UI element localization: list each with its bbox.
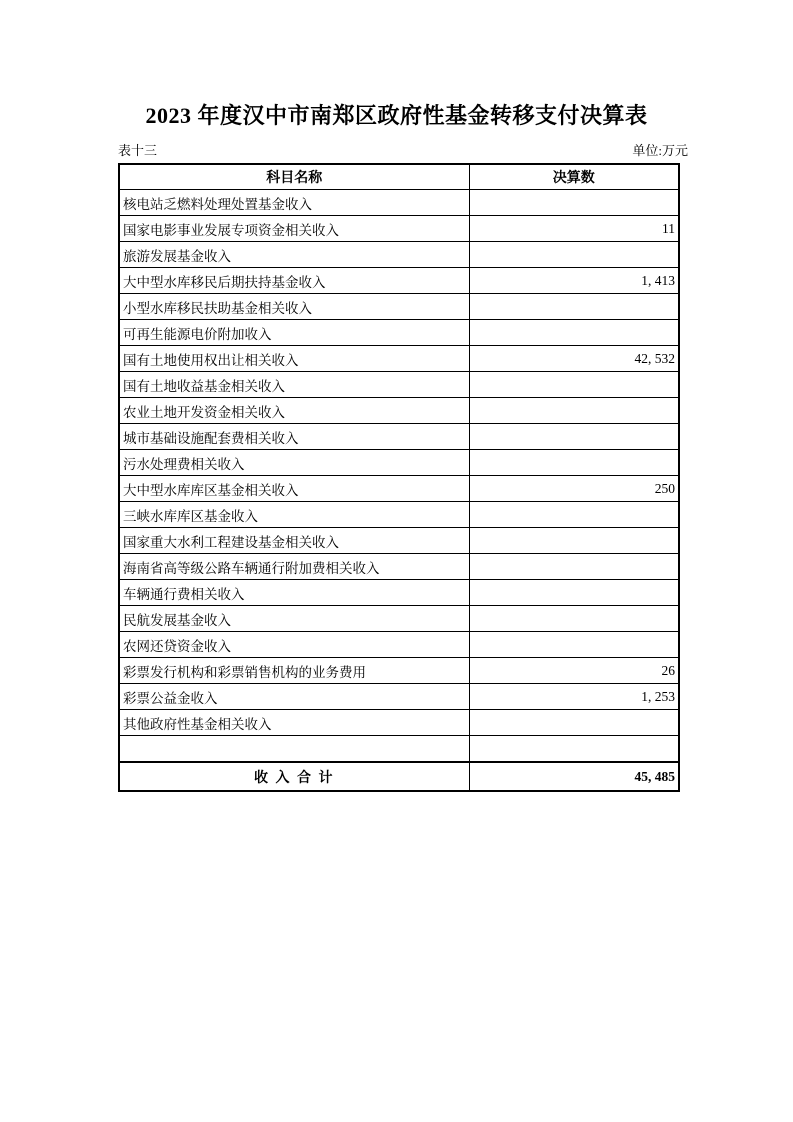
table-row [119,736,679,763]
amount-cell [469,554,679,580]
amount-cell [469,632,679,658]
amount-cell [469,294,679,320]
subject-name-cell: 核电站乏燃料处理处置基金收入 [119,190,469,216]
subject-name-cell: 国家电影事业发展专项资金相关收入 [119,216,469,242]
table-meta-row: 表十三 单位:万元 [118,142,688,160]
amount-cell [469,450,679,476]
amount-cell [469,190,679,216]
subject-name-cell: 民航发展基金收入 [119,606,469,632]
amount-cell [469,736,679,763]
amount-cell [469,502,679,528]
amount-cell [469,580,679,606]
amount-cell [469,710,679,736]
subject-name-cell: 彩票公益金收入 [119,684,469,710]
subject-name-cell: 国有土地使用权出让相关收入 [119,346,469,372]
subject-name-cell: 大中型水库移民后期扶持基金收入 [119,268,469,294]
document-page: { "page": { "title": "2023 年度汉中市南郑区政府性基金… [0,0,793,1122]
table-row: 农业土地开发资金相关收入 [119,398,679,424]
table-row: 彩票发行机构和彩票销售机构的业务费用26 [119,658,679,684]
table-row: 国家电影事业发展专项资金相关收入11 [119,216,679,242]
amount-cell [469,528,679,554]
amount-cell: 42, 532 [469,346,679,372]
amount-cell: 11 [469,216,679,242]
total-value: 45, 485 [469,762,679,791]
subject-name-cell: 车辆通行费相关收入 [119,580,469,606]
amount-cell [469,398,679,424]
accounts-table: 科目名称 决算数 核电站乏燃料处理处置基金收入国家电影事业发展专项资金相关收入1… [118,163,680,792]
table-row: 国有土地收益基金相关收入 [119,372,679,398]
subject-name-cell: 旅游发展基金收入 [119,242,469,268]
table-row: 国家重大水利工程建设基金相关收入 [119,528,679,554]
table-row: 彩票公益金收入1, 253 [119,684,679,710]
table-number-label: 表十三 [118,142,157,160]
table-row: 农网还贷资金收入 [119,632,679,658]
table-footer: 收 入 合 计 45, 485 [119,762,679,791]
subject-name-cell: 国有土地收益基金相关收入 [119,372,469,398]
total-row: 收 入 合 计 45, 485 [119,762,679,791]
table-row: 海南省高等级公路车辆通行附加费相关收入 [119,554,679,580]
subject-name-cell: 小型水库移民扶助基金相关收入 [119,294,469,320]
amount-cell [469,606,679,632]
column-header-subject: 科目名称 [119,164,469,190]
table-row: 旅游发展基金收入 [119,242,679,268]
table-row: 大中型水库移民后期扶持基金收入1, 413 [119,268,679,294]
page-title: 2023 年度汉中市南郑区政府性基金转移支付决算表 [0,99,793,130]
amount-cell [469,424,679,450]
table-row: 三峡水库库区基金收入 [119,502,679,528]
amount-cell [469,372,679,398]
table-row: 民航发展基金收入 [119,606,679,632]
table-row: 核电站乏燃料处理处置基金收入 [119,190,679,216]
table-row: 车辆通行费相关收入 [119,580,679,606]
subject-name-cell: 城市基础设施配套费相关收入 [119,424,469,450]
subject-name-cell: 彩票发行机构和彩票销售机构的业务费用 [119,658,469,684]
table-row: 小型水库移民扶助基金相关收入 [119,294,679,320]
header-row: 科目名称 决算数 [119,164,679,190]
table-body: 核电站乏燃料处理处置基金收入国家电影事业发展专项资金相关收入11旅游发展基金收入… [119,190,679,763]
subject-name-cell: 海南省高等级公路车辆通行附加费相关收入 [119,554,469,580]
subject-name-cell: 可再生能源电价附加收入 [119,320,469,346]
total-label: 收 入 合 计 [119,762,469,791]
subject-name-cell: 污水处理费相关收入 [119,450,469,476]
table-header: 科目名称 决算数 [119,164,679,190]
subject-name-cell: 国家重大水利工程建设基金相关收入 [119,528,469,554]
subject-name-cell: 三峡水库库区基金收入 [119,502,469,528]
amount-cell [469,242,679,268]
amount-cell: 1, 413 [469,268,679,294]
subject-name-cell: 大中型水库库区基金相关收入 [119,476,469,502]
amount-cell: 26 [469,658,679,684]
subject-name-cell: 农业土地开发资金相关收入 [119,398,469,424]
table-row: 其他政府性基金相关收入 [119,710,679,736]
table-row: 大中型水库库区基金相关收入250 [119,476,679,502]
table-row: 污水处理费相关收入 [119,450,679,476]
table-row: 国有土地使用权出让相关收入42, 532 [119,346,679,372]
table-row: 城市基础设施配套费相关收入 [119,424,679,450]
column-header-amount: 决算数 [469,164,679,190]
amount-cell: 1, 253 [469,684,679,710]
subject-name-cell: 农网还贷资金收入 [119,632,469,658]
subject-name-cell: 其他政府性基金相关收入 [119,710,469,736]
amount-cell [469,320,679,346]
amount-cell: 250 [469,476,679,502]
unit-label: 单位:万元 [632,142,688,160]
table-row: 可再生能源电价附加收入 [119,320,679,346]
subject-name-cell [119,736,469,763]
